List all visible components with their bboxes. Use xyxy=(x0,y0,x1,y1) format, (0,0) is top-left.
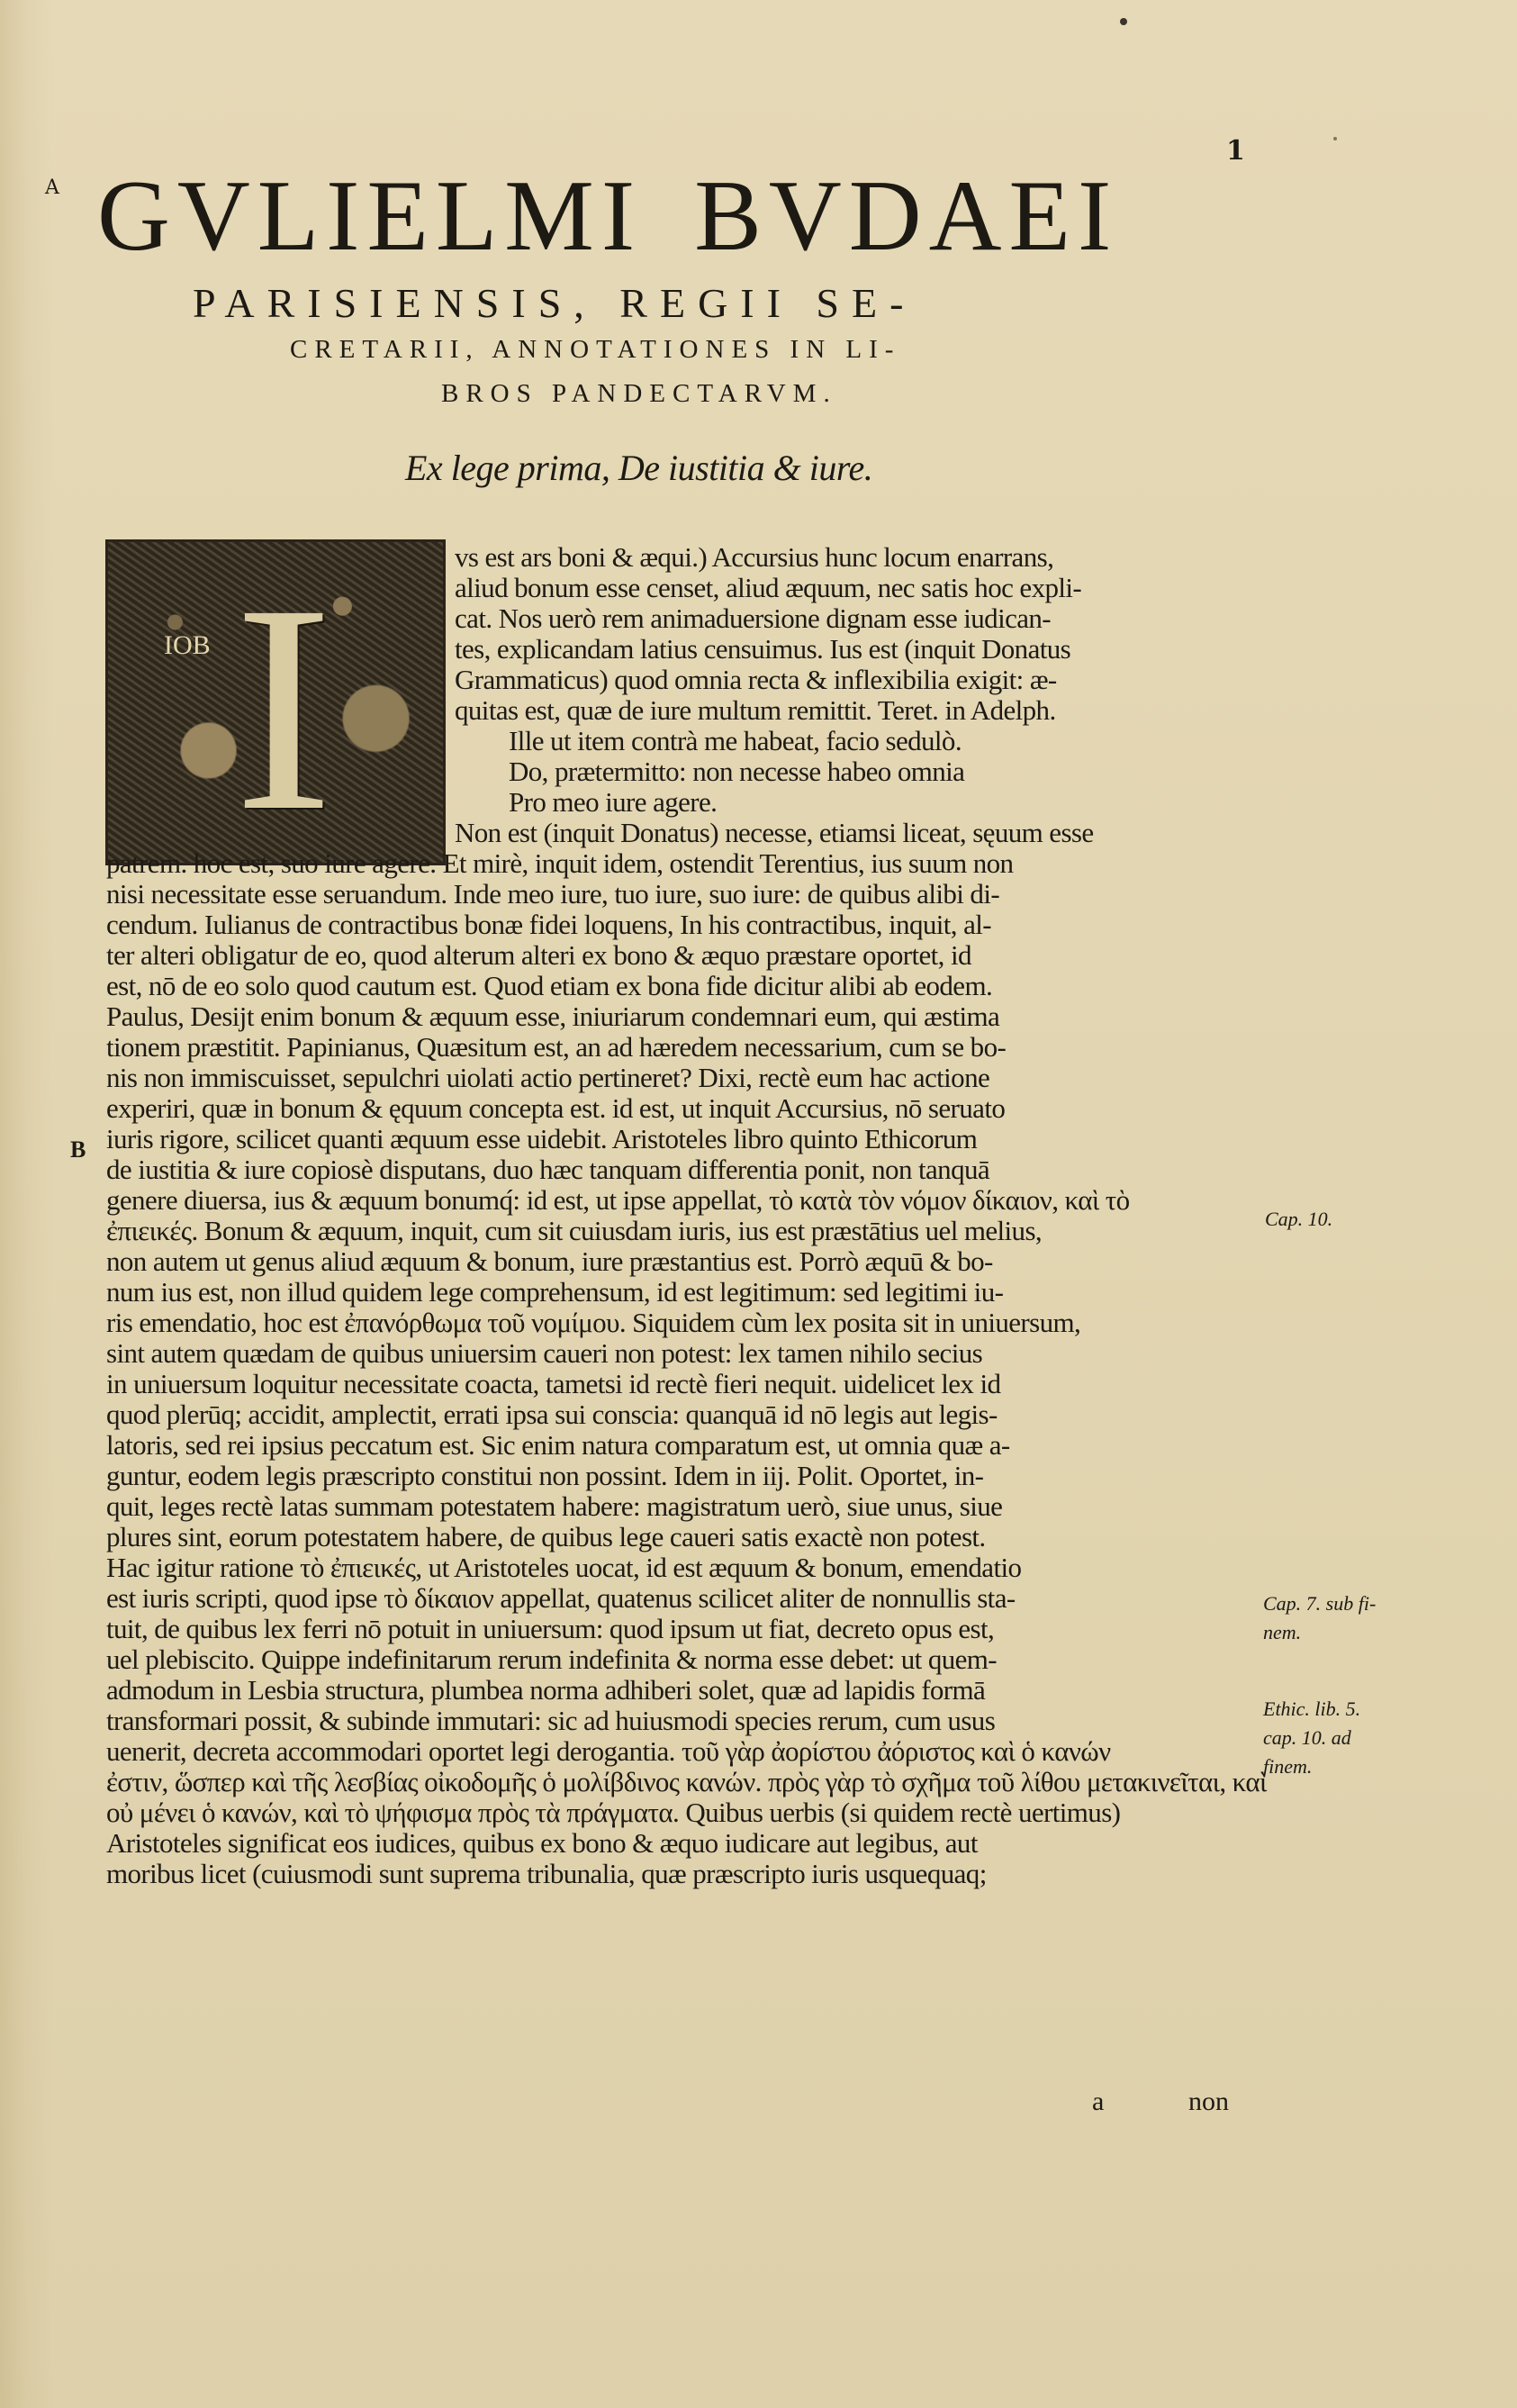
body-line: non autem ut genus aliud æquum & bonum, … xyxy=(106,1247,993,1275)
title-line-4: BROS PANDECTARVM. xyxy=(441,381,837,407)
body-line: ris emendatio, hoc est ἐπανόρθωμα τοῦ νο… xyxy=(106,1308,1080,1336)
signature-mark-side: B xyxy=(70,1136,86,1163)
section-heading: Ex lege prima, De iustitia & iure. xyxy=(405,447,872,489)
marginal-note-2: Cap. 7. sub fi- nem. xyxy=(1263,1589,1398,1647)
body-line: tes, explicandam latius censuimus. Ius e… xyxy=(455,635,1070,663)
signature-mark-top: A xyxy=(45,177,59,199)
body-line: est, nō de eo solo quod cautum est. Quod… xyxy=(106,972,992,1000)
body-line: quod plerūq; accidit, amplectit, errati … xyxy=(106,1400,998,1428)
title-word-2: BVDAEI xyxy=(694,166,1118,267)
page-number: 1 xyxy=(1226,135,1245,167)
body-line: genere diuersa, ius & æquum bonumq́: id … xyxy=(106,1186,1130,1214)
body-line: Non est (inquit Donatus) necesse, etiams… xyxy=(455,819,1094,846)
body-line: experiri, quæ in bonum & ęquum concepta … xyxy=(106,1094,1005,1122)
body-line: Hac igitur ratione τὸ ἐπιεικές, ut Arist… xyxy=(106,1553,1021,1581)
book-page: 1 A GVLIELMIBVDAEI PARISIENSIS, REGII SE… xyxy=(0,0,1517,2408)
marginal-note-1: Cap. 10. xyxy=(1265,1205,1400,1234)
body-line: Aristoteles significat eos iudices, quib… xyxy=(106,1829,978,1857)
body-line: ter alteri obligatur de eo, quod alterum… xyxy=(106,941,971,969)
title-line-3: CRETARII, ANNOTATIONES IN LI- xyxy=(290,337,900,363)
body-line: num ius est, non illud quidem lege compr… xyxy=(106,1278,1003,1306)
body-line: cendum. Iulianus de contractibus bonæ fi… xyxy=(106,910,991,938)
body-line: uel plebiscito. Quippe indefinitarum rer… xyxy=(106,1645,997,1673)
ink-speck xyxy=(1120,18,1127,25)
verse-line: Do, prætermitto: non necesse habeo omnia xyxy=(509,757,964,785)
signature-mark: a xyxy=(1092,2087,1104,2117)
body-line: quitas est, quæ de iure multum remittit.… xyxy=(455,696,1056,724)
body-line: plures sint, eorum potestatem habere, de… xyxy=(106,1523,986,1551)
woodcut-initial: IOB I xyxy=(105,539,446,865)
verse-line: Pro meo iure agere. xyxy=(509,788,717,816)
body-line: tuit, de quibus lex ferri nō potuit in u… xyxy=(106,1615,994,1643)
body-line: latoris, sed rei ipsius peccatum est. Si… xyxy=(106,1431,1010,1459)
body-line: iuris rigore, scilicet quanti æquum esse… xyxy=(106,1125,977,1153)
marginal-note-3: Ethic. lib. 5. cap. 10. ad finem. xyxy=(1263,1695,1398,1781)
title-line-2: PARISIENSIS, REGII SE- xyxy=(193,283,916,324)
body-line: Paulus, Desijt enim bonum & æquum esse, … xyxy=(106,1002,999,1030)
body-line: ἐστιν, ὥσπερ καὶ τῆς λεσβίας οἰκοδομῆς ὁ… xyxy=(106,1768,1267,1796)
body-line: est iuris scripti, quod ipse τὸ δίκαιον … xyxy=(106,1584,1016,1612)
body-line: aliud bonum esse censet, aliud æquum, ne… xyxy=(455,574,1081,602)
body-line: ἐπιεικές. Bonum & æquum, inquit, cum sit… xyxy=(106,1217,1042,1245)
body-line: admodum in Lesbia structura, plumbea nor… xyxy=(106,1676,985,1704)
body-line: Grammaticus) quod omnia recta & inflexib… xyxy=(455,665,1057,693)
initial-label: IOB xyxy=(164,630,211,661)
body-line: οὐ μένει ὁ κανών, καὶ τὸ ψήφισμα πρὸς τὰ… xyxy=(106,1798,1120,1826)
body-line: nisi necessitate esse seruandum. Inde me… xyxy=(106,880,999,908)
body-line: in uniuersum loquitur necessitate coacta… xyxy=(106,1370,1000,1398)
title-word-1: GVLIELMI xyxy=(97,166,642,267)
body-line: de iustitia & iure copiosè disputans, du… xyxy=(106,1155,989,1183)
verse-line: Ille ut item contrà me habeat, facio sed… xyxy=(509,727,962,755)
body-line: guntur, eodem legis præscripto constitui… xyxy=(106,1462,983,1489)
ink-speck xyxy=(1333,137,1337,140)
body-line: patrem. hoc est, suo iure agere. Et mirè… xyxy=(106,849,1013,877)
body-line: sint autem quædam de quibus uniuersim ca… xyxy=(106,1339,982,1367)
body-line: nis non immiscuisset, sepulchri uiolati … xyxy=(106,1064,989,1091)
body-line: quit, leges rectè latas summam potestate… xyxy=(106,1492,1002,1520)
body-line: tionem præstitit. Papinianus, Quæsitum e… xyxy=(106,1033,1006,1061)
body-line: cat. Nos uerò rem animaduersione dignam … xyxy=(455,604,1051,632)
body-line: vs est ars boni & æqui.) Accursius hunc … xyxy=(455,543,1053,571)
body-line: uenerit, decreta accommodari oportet leg… xyxy=(106,1737,1111,1765)
catchword: non xyxy=(1188,2087,1229,2117)
body-line: moribus licet (cuiusmodi sunt suprema tr… xyxy=(106,1860,987,1887)
initial-letter: I xyxy=(234,560,333,857)
body-line: transformari possit, & subinde immutari:… xyxy=(106,1706,995,1734)
title-main: GVLIELMIBVDAEI xyxy=(97,166,1241,267)
